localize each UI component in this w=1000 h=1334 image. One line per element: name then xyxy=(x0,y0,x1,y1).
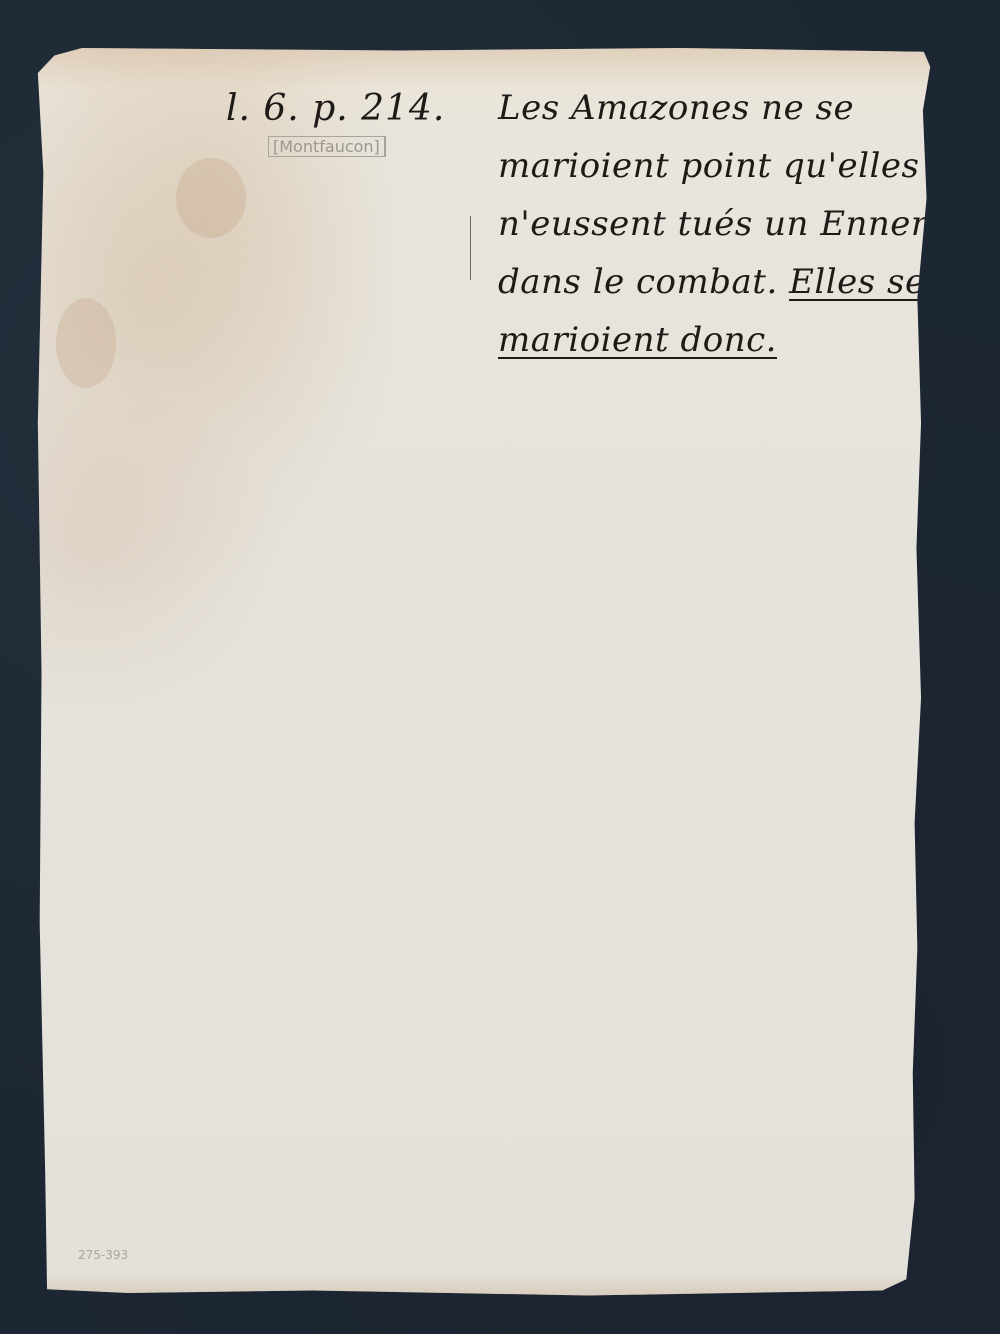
text-line-2: marioient point qu'elles xyxy=(498,146,919,186)
text-line-5: marioient donc. xyxy=(498,320,777,360)
foxing-stain xyxy=(176,158,246,238)
page-reference: l. 6. p. 214. xyxy=(226,88,445,129)
text-line-4-underlined: Elles se xyxy=(789,262,926,302)
foxing-stain xyxy=(56,298,116,388)
text-line-4-head: dans le combat. xyxy=(498,262,789,302)
manuscript-page: l. 6. p. 214. [Montfaucon] Les Amazones … xyxy=(36,48,956,1298)
margin-rule xyxy=(470,216,471,280)
archive-number: 275-393 xyxy=(78,1248,128,1262)
paper-top-stain xyxy=(36,48,956,88)
text-line-3: n'eussent tués un Ennemi xyxy=(498,204,955,244)
text-line-1: Les Amazones ne se xyxy=(498,88,854,128)
pencil-annotation: [Montfaucon] xyxy=(268,136,386,157)
text-line-4: dans le combat. Elles se xyxy=(498,262,926,302)
